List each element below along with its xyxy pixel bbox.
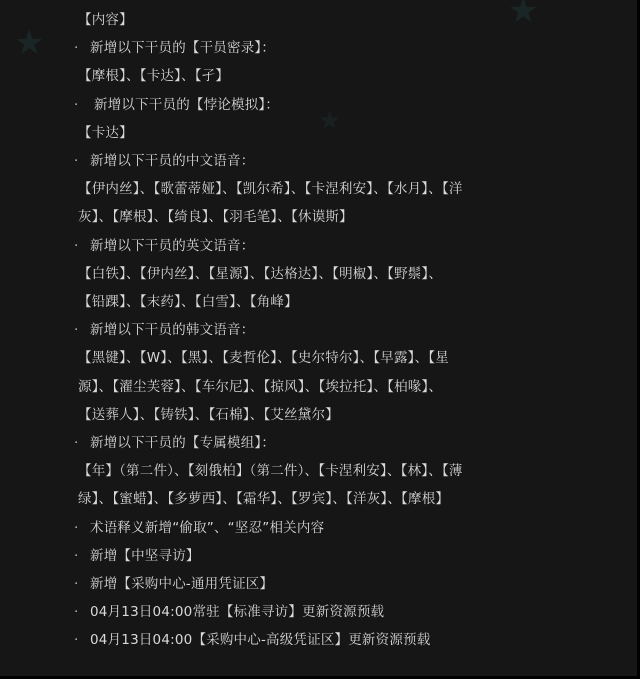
bullet-dot-icon: · [74,232,90,260]
bullet-item: ·新增【采购中心-通用凭证区】 [78,570,578,598]
bullet-dot-icon: · [74,429,90,457]
bullet-dot-icon: · [74,626,90,654]
item-heading: 新增【采购中心-通用凭证区】 [90,576,273,592]
item-detail: 【伊内丝】、【歌蕾蒂娅】、【凯尔希】、【卡涅利安】、【水月】、【洋 [78,175,578,203]
item-detail: 灰】、【摩根】、【绮良】、【羽毛笔】、【休谟斯】 [78,203,578,231]
bullet-dot-icon: · [74,316,90,344]
bullet-item: ·新增以下干员的【干员密录】： [78,34,578,62]
star-decoration-icon: ★ [14,26,44,60]
item-detail: 【白铁】、【伊内丝】、【星源】、【达格达】、【明椒】、【野鬃】、 [78,260,578,288]
item-heading: 新增【中坚寻访】 [90,548,200,564]
item-heading: 新增以下干员的【专属模组】： [90,435,275,451]
item-detail: 源】、【濯尘芙蓉】、【车尔尼】、【掠风】、【埃拉托】、【柏喙】、 [78,373,578,401]
item-heading: 新增以下干员的【干员密录】： [90,40,275,56]
bullet-item: ·新增以下干员的【悖论模拟】： [78,91,578,119]
item-detail: 【送葬人】、【铸铁】、【石棉】、【艾丝黛尔】 [78,401,578,429]
bullet-item: ·术语释义新增“偷取”、“坚忍”相关内容 [78,514,578,542]
bullet-dot-icon: · [74,147,90,175]
item-detail: 【卡达】 [78,119,578,147]
announcement-content: 【内容】 ·新增以下干员的【干员密录】： 【摩根】、【卡达】、【孑】 ·新增以下… [78,6,578,655]
item-heading: 新增以下干员的韩文语音： [90,322,254,338]
bullet-item: ·新增以下干员的【专属模组】： [78,429,578,457]
bullet-item: ·新增【中坚寻访】 [78,542,578,570]
item-heading: 术语释义新增“偷取”、“坚忍”相关内容 [90,520,324,536]
item-detail: 【黑键】、【W】、【黑】、【麦哲伦】、【史尔特尔】、【早露】、【星 [78,344,578,372]
bullet-dot-icon: · [74,34,90,62]
bullet-dot-icon: · [74,542,90,570]
bullet-dot-icon: · [74,514,90,542]
bullet-item: ·新增以下干员的英文语音： [78,232,578,260]
item-detail: 【年】（第二件）、【刻俄柏】（第二件）、【卡涅利安】、【林】、【薄 [78,457,578,485]
item-detail: 【摩根】、【卡达】、【孑】 [78,62,578,90]
item-heading: 新增以下干员的英文语音： [90,238,254,254]
bullet-dot-icon: · [74,598,90,626]
bullet-item: ·新增以下干员的中文语音： [78,147,578,175]
announcement-panel: ★ ★ ★ 【内容】 ·新增以下干员的【干员密录】： 【摩根】、【卡达】、【孑】… [0,0,637,676]
bullet-item: ·04月13日04:00【采购中心-高级凭证区】更新资源预载 [78,626,578,654]
section-header: 【内容】 [78,6,578,34]
bullet-item: ·04月13日04:00常驻【标准寻访】更新资源预载 [78,598,578,626]
item-detail: 绿】、【蜜蜡】、【多萝西】、【霜华】、【罗宾】、【洋灰】、【摩根】 [78,485,578,513]
item-heading: 04月13日04:00【采购中心-高级凭证区】更新资源预载 [90,632,430,648]
bullet-dot-icon: · [74,570,90,598]
bullet-dot-icon: · [74,91,94,119]
bullet-item: ·新增以下干员的韩文语音： [78,316,578,344]
item-heading: 新增以下干员的【悖论模拟】： [94,97,279,113]
item-heading: 新增以下干员的中文语音： [90,153,254,169]
item-heading: 04月13日04:00常驻【标准寻访】更新资源预载 [90,604,384,620]
item-detail: 【铅踝】、【末药】、【白雪】、【角峰】 [78,288,578,316]
